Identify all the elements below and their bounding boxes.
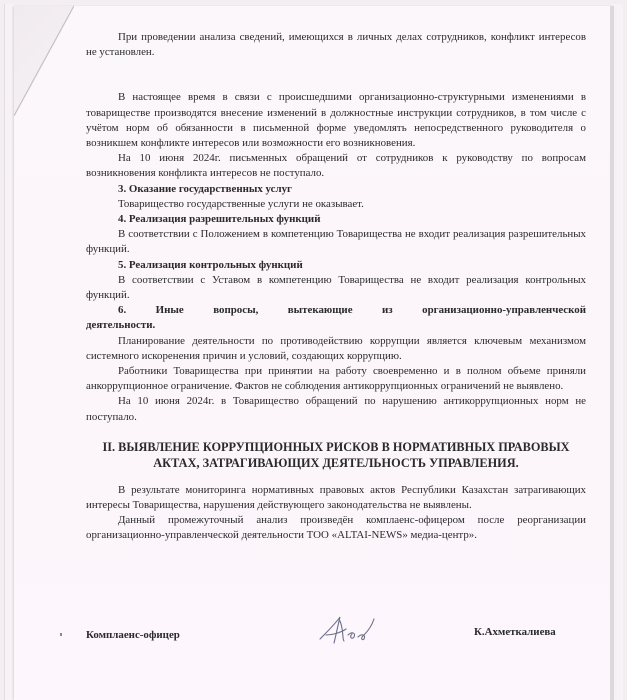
heading-state-services: 3. Оказание государственных услуг bbox=[86, 182, 586, 197]
heading-other-issues-cont: деятельности. bbox=[86, 318, 586, 333]
paragraph-monitoring: В результате мониторинга нормативных пра… bbox=[86, 483, 586, 513]
scan-mark bbox=[60, 633, 62, 636]
paragraph-control-functions: В соответствии с Уставом в компетенцию Т… bbox=[86, 273, 586, 303]
paragraph-reorganization: В настоящее время в связи с происшедшими… bbox=[86, 90, 586, 151]
signature-block: Комплаенс-офицер К.Ахметкалиева bbox=[86, 625, 586, 655]
paragraph-no-appeals: На 10 июня 2024г. письменных обращений о… bbox=[86, 151, 586, 181]
signature-icon bbox=[314, 613, 384, 647]
paragraph-employees: Работники Товарищества при принятии на р… bbox=[86, 364, 586, 394]
page-edge bbox=[610, 6, 614, 700]
section-title-line1: II. ВЫЯВЛЕНИЕ КОРРУПЦИОННЫХ РИСКОВ В НОР… bbox=[86, 439, 586, 455]
paragraph-no-violations: На 10 июня 2024г. в Товарищество обращен… bbox=[86, 394, 586, 424]
signatory-role: Комплаенс-офицер bbox=[86, 629, 180, 641]
paragraph-permit-functions: В соответствии с Положением в компетенци… bbox=[86, 227, 586, 257]
signatory-name: К.Ахметкалиева bbox=[474, 626, 556, 638]
heading-permit-functions: 4. Реализация разрешительных функций bbox=[86, 212, 586, 227]
section-title-corruption-risks: II. ВЫЯВЛЕНИЕ КОРРУПЦИОННЫХ РИСКОВ В НОР… bbox=[86, 439, 586, 471]
heading-other-issues: 6. Иные вопросы, вытекающие из организац… bbox=[86, 303, 586, 318]
heading-control-functions: 5. Реализация контрольных функций bbox=[86, 258, 586, 273]
document-body: При проведении анализа сведений, имеющих… bbox=[86, 30, 586, 544]
section-title-line2: АКТАХ, ЗАТРАГИВАЮЩИХ ДЕЯТЕЛЬНОСТЬ УПРАВЛ… bbox=[86, 455, 586, 471]
paragraph-personal-files: При проведении анализа сведений, имеющих… bbox=[86, 30, 586, 60]
paragraph-interim-analysis: Данный промежуточный анализ произведён к… bbox=[86, 513, 586, 543]
fold-crease bbox=[14, 6, 74, 116]
paragraph-planning: Планирование деятельности по противодейс… bbox=[86, 334, 586, 364]
paragraph-state-services: Товарищество государственные услуги не о… bbox=[86, 197, 586, 212]
